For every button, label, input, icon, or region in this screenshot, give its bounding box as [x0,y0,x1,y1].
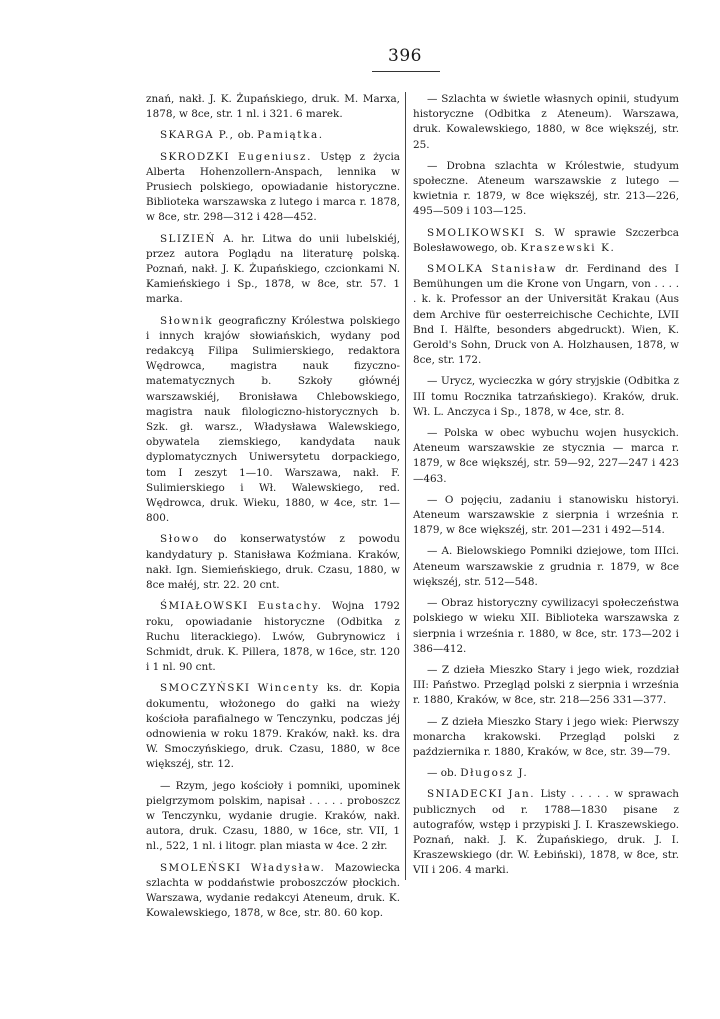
page-number-underline [372,71,440,72]
entry-sliziien: SLIZIEŃ A. hr. Litwa do unii lubelskiéj,… [146,232,400,308]
entry-smialowski: ŚMIAŁOWSKI Eustachy. Wojna 1792 roku, op… [146,599,400,675]
left-column: znań, nakł. J. K. Żupańskiego, druk. M. … [146,92,400,927]
entry-heading: SKARGA P., [160,129,234,141]
entry-lead-word: Słowo [160,533,200,545]
entry-smoczynski: SMOCZYŃSKI Wincenty ks. dr. Kopia dokume… [146,681,400,772]
entry-heading: ŚMIAŁOWSKI [160,600,249,612]
entry-author-name: S. [535,227,545,239]
entry-smolka-dlugosz: — ob. Długosz J. [413,766,679,781]
entry-author-name: Eustachy. [258,600,323,612]
entry-author-name: A. hr. [223,233,255,245]
entry-smolka-pojeciu: — O pojęciu, zadaniu i stanowisku histor… [413,493,679,539]
cross-reference: Kraszewski K. [520,242,615,254]
entry-smolka-panstwo: — Z dzieła Mieszko Stary i jego wiek, ro… [413,663,679,709]
entry-smolka-obraz: — Obraz historyczny cywilizacyi społecze… [413,596,679,657]
entry-smolikowski: SMOLIKOWSKI S. W sprawie Szczerbca Boles… [413,226,679,256]
cross-reference: Długosz J. [460,767,528,779]
right-column: — Szlachta w świetle własnych opinii, st… [413,92,679,885]
entry-smolka-urycz: — Urycz, wycieczka w góry stryjskie (Odb… [413,374,679,420]
entry-smolka-bielowski: — A. Bielowskiego Pomniki dziejowe, tom … [413,544,679,590]
entry-lead-word: Słownik [160,315,213,327]
entry-continuation: znań, nakł. J. K. Żupańskiego, druk. M. … [146,92,400,122]
entry-smolenski: SMOLEŃSKI Władysław. Mazowiecka szlachta… [146,861,400,922]
entry-smolenski-szlachta: — Szlachta w świetle własnych opinii, st… [413,92,679,153]
entry-author-name: Władysław. [251,862,326,874]
entry-heading: SMOLKA [427,263,483,275]
entry-heading: SMOLEŃSKI [160,862,241,874]
entry-smolka-polska: — Polska w obec wybuchu wojen husyckich.… [413,426,679,487]
entry-skrodzki: SKRODZKI Eugeniusz. Ustęp z życia Albert… [146,150,400,226]
entry-smolka: SMOLKA Stanisław dr. Ferdinand des I Bem… [413,262,679,368]
entry-heading: SMOCZYŃSKI [160,682,250,694]
entry-slownik: Słownik geograficzny Królestwa polskiego… [146,314,400,527]
entry-author-name: Eugeniusz. [238,151,312,163]
entry-author-name: Stanisław [491,263,557,275]
entry-slowo: Słowo do konserwatystów z powodu kandyda… [146,532,400,593]
entry-heading: SLIZIEŃ [160,233,216,245]
entry-heading: SMOLIKOWSKI [427,227,525,239]
page-number: 396 [370,46,440,66]
entry-heading: SKRODZKI [160,151,230,163]
entry-smolka-monarcha: — Z dzieła Mieszko Stary i jego wiek: Pi… [413,715,679,761]
entry-author-name: Jan. [508,788,535,800]
entry-author-name: Wincenty [258,682,320,694]
entry-smolenski-drobna: — Drobna szlachta w Królestwie, studyum … [413,159,679,220]
entry-sniadecki: SNIADECKI Jan. Listy . . . . . w sprawac… [413,787,679,878]
entry-skarga: SKARGA P., ob. Pamiątka. [146,128,400,143]
column-divider [405,92,406,880]
cross-reference: Pamiątka. [257,129,323,141]
entry-smoczynski-rzym: — Rzym, jego kościoły i pomniki, upomine… [146,779,400,855]
entry-heading: SNIADECKI [427,788,503,800]
